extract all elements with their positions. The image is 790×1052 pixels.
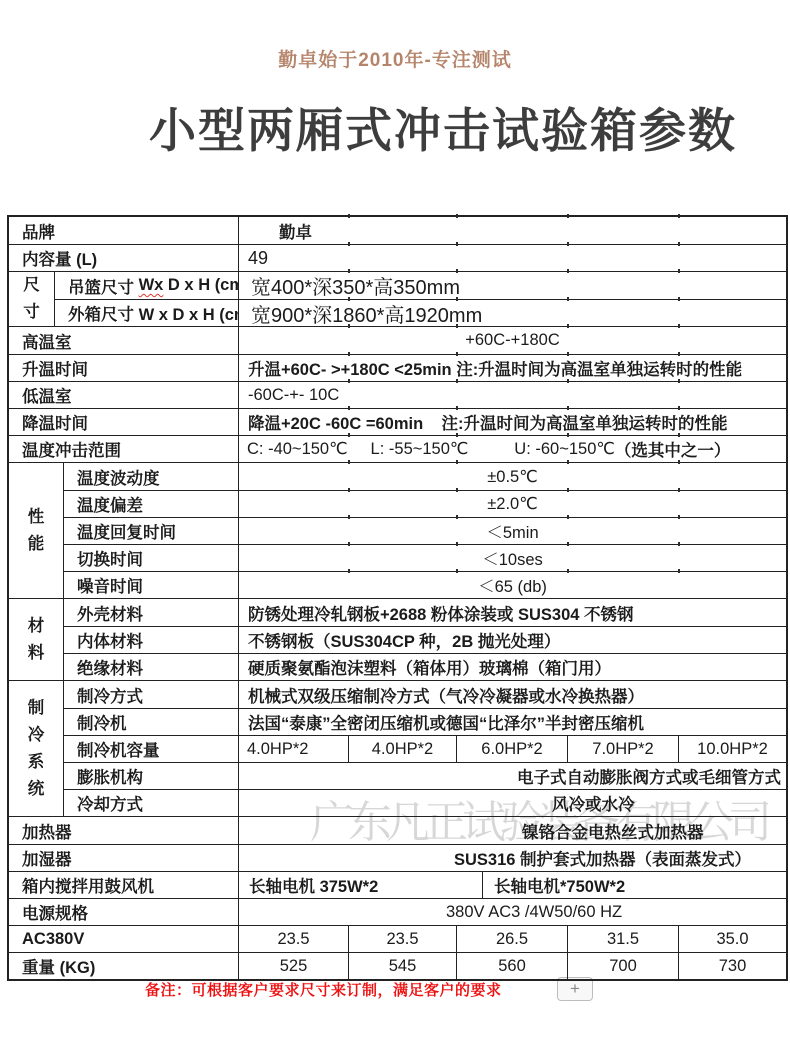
row-label: 温度波动度	[64, 463, 239, 490]
table-row: 低温室-60C-+- 10C	[9, 381, 786, 408]
row-label: 绝缘材料	[64, 654, 239, 680]
band-rows: 外壳材料防锈处理冷轧钢板+2688 粉体涂装或 SUS304 不锈钢内体材料不锈…	[64, 599, 786, 680]
table-row: 外箱尺寸 W x D x H (cm)宽900*深1860*高1920mm	[55, 299, 786, 326]
cell-value: 镍铬合金电热丝式加热器	[239, 817, 786, 844]
row-label: 升温时间	[9, 355, 239, 381]
grid-tick	[348, 269, 350, 273]
grid-tick	[456, 242, 458, 246]
table-row: 品牌勤卓	[9, 217, 786, 244]
cell-value: 730	[678, 953, 786, 979]
grid-tick	[348, 542, 350, 546]
cell-value: 10.0HP*2	[678, 736, 786, 762]
cell-value: 560	[456, 953, 567, 979]
row-label: 品牌	[9, 217, 239, 244]
cell-value: ±2.0℃	[239, 491, 786, 517]
row-label: 制冷机	[64, 709, 239, 735]
table-row: 噪音时间＜65 (db)	[64, 571, 786, 598]
cell-value: +60C-+180C	[239, 327, 786, 354]
grid-tick	[567, 297, 569, 301]
brand-slogan: 勤卓始于2010年-专注测试	[0, 45, 790, 72]
table-row: 吊篮尺寸 Wx D x H (cm)宽400*深350*高350mm	[55, 272, 786, 299]
grid-tick	[567, 214, 569, 218]
table-row: 制冷机容量4.0HP*24.0HP*26.0HP*27.0HP*210.0HP*…	[64, 735, 786, 762]
table-row: 温度冲击范围C: -40~150℃ L: -55~150℃ U: -60~150…	[9, 435, 786, 462]
cell-value: 长轴电机 375W*2	[239, 872, 482, 898]
footer-note: 备注：可根据客户要求尺寸来订制，满足客户的要求	[145, 979, 502, 1000]
table-band: 品牌勤卓内容量 (L)49	[9, 217, 786, 271]
grid-tick	[567, 542, 569, 546]
cell-value: 勤卓	[239, 217, 786, 244]
grid-tick	[348, 433, 350, 437]
row-label: 吊篮尺寸 Wx D x H (cm)	[55, 272, 239, 299]
cell-value: 防锈处理冷轧钢板+2688 粉体涂装或 SUS304 不锈钢	[239, 599, 786, 626]
row-label: 冷却方式	[64, 790, 239, 816]
cell-value: 700	[567, 953, 678, 979]
group-label-char: 冷	[28, 722, 45, 749]
table-row: 冷却方式风冷或水冷	[64, 789, 786, 816]
table-row: 加热器镍铬合金电热丝式加热器	[9, 817, 786, 844]
table-row: 高温室+60C-+180C	[9, 327, 786, 354]
table-row: 重量 (KG)525545560700730	[9, 952, 786, 979]
cell-value: 380V AC3 /4W50/60 HZ	[239, 899, 786, 925]
cell-value: 硬质聚氨酯泡沫塑料（箱体用）玻璃棉（箱门用）	[239, 654, 786, 680]
row-label: 高温室	[9, 327, 239, 354]
cell-value: -60C-+- 10C	[239, 382, 786, 408]
spec-table: 品牌勤卓内容量 (L)49尺寸吊篮尺寸 Wx D x H (cm)宽400*深3…	[7, 215, 788, 981]
row-label: 外壳材料	[64, 599, 239, 626]
band-rows: 加热器镍铬合金电热丝式加热器加湿器SUS316 制护套式加热器（表面蒸发式）箱内…	[9, 817, 786, 979]
cell-value: ＜65 (db)	[239, 572, 786, 598]
row-label: 重量 (KG)	[9, 953, 239, 979]
group-label-char: 制	[28, 695, 45, 722]
row-label: 外箱尺寸 W x D x H (cm)	[55, 300, 239, 326]
group-label-char: 系	[28, 749, 45, 776]
row-label: 降温时间	[9, 409, 239, 435]
table-row: 内容量 (L)49	[9, 244, 786, 271]
grid-tick	[348, 352, 350, 356]
cell-value: 长轴电机*750W*2	[482, 872, 786, 898]
table-band: 材料外壳材料防锈处理冷轧钢板+2688 粉体涂装或 SUS304 不锈钢内体材料…	[9, 598, 786, 680]
cell-value: 525	[239, 953, 348, 979]
grid-tick	[348, 297, 350, 301]
grid-tick	[678, 214, 680, 218]
group-label-char: 统	[28, 776, 45, 803]
row-label: 箱内搅拌用鼓风机	[9, 872, 239, 898]
row-label: 膨胀机构	[64, 763, 239, 789]
cell-value: 升温+60C- >+180C <25min 注:升温时间为高温室单独运转时的性能	[239, 355, 786, 381]
cell-value: SUS316 制护套式加热器（表面蒸发式）	[239, 845, 786, 871]
grid-tick	[678, 542, 680, 546]
page-title: 小型两厢式冲击试验箱参数	[48, 94, 790, 161]
grid-tick	[567, 433, 569, 437]
grid-tick	[456, 515, 458, 519]
grid-tick	[678, 433, 680, 437]
cell-value: 545	[348, 953, 456, 979]
grid-tick	[456, 352, 458, 356]
grid-tick	[567, 379, 569, 383]
table-row: 温度波动度±0.5℃	[64, 463, 786, 490]
grid-tick	[348, 214, 350, 218]
grid-tick	[456, 460, 458, 464]
band-rows: 品牌勤卓内容量 (L)49	[9, 217, 786, 271]
cell-value: 宽900*深1860*高1920mm	[239, 300, 786, 326]
cell-value: ±0.5℃	[239, 463, 786, 490]
grid-tick	[456, 406, 458, 410]
grid-tick	[456, 324, 458, 328]
table-row: 制冷方式机械式双级压缩制冷方式（气冷冷凝器或水冷换热器）	[64, 681, 786, 708]
cell-value: 23.5	[239, 926, 348, 952]
group-label-char: 性	[28, 504, 45, 531]
cell-value: 4.0HP*2	[348, 736, 456, 762]
table-band: 性能温度波动度±0.5℃温度偏差±2.0℃温度回复时间＜5min切换时间＜10s…	[9, 462, 786, 598]
row-label: 低温室	[9, 382, 239, 408]
grid-tick	[678, 569, 680, 573]
grid-tick	[348, 515, 350, 519]
table-row: 温度回复时间＜5min	[64, 517, 786, 544]
grid-tick	[678, 460, 680, 464]
row-group-label: 材料	[9, 599, 64, 680]
band-rows: 吊篮尺寸 Wx D x H (cm)宽400*深350*高350mm外箱尺寸 W…	[55, 272, 786, 326]
row-label: 制冷方式	[64, 681, 239, 708]
cell-value: 6.0HP*2	[456, 736, 567, 762]
grid-tick	[348, 242, 350, 246]
table-band: 制冷系统制冷方式机械式双级压缩制冷方式（气冷冷凝器或水冷换热器）制冷机法国“泰康…	[9, 680, 786, 816]
spellcheck-underline: Wx	[139, 276, 164, 295]
cell-value: 7.0HP*2	[567, 736, 678, 762]
cell-value: 23.5	[348, 926, 456, 952]
grid-tick	[456, 379, 458, 383]
group-label-char: 材	[28, 613, 45, 640]
grid-tick	[456, 488, 458, 492]
table-row: 降温时间降温+20C -60C =60min 注:升温时间为高温室单独运转时的性…	[9, 408, 786, 435]
grid-tick	[567, 242, 569, 246]
row-label: 内容量 (L)	[9, 245, 239, 271]
grid-tick	[678, 515, 680, 519]
grid-tick	[567, 406, 569, 410]
grid-tick	[678, 406, 680, 410]
table-band: 高温室+60C-+180C升温时间升温+60C- >+180C <25min 注…	[9, 326, 786, 462]
grid-tick	[678, 297, 680, 301]
grid-tick	[348, 406, 350, 410]
table-row: 电源规格380V AC3 /4W50/60 HZ	[9, 898, 786, 925]
group-label-char: 料	[28, 640, 45, 667]
row-group-label: 性能	[9, 463, 64, 598]
grid-tick	[348, 569, 350, 573]
cell-value: 风冷或水冷	[239, 790, 786, 816]
group-label-char: 能	[28, 531, 45, 558]
table-row: 膨胀机构电子式自动膨胀阀方式或毛细管方式	[64, 762, 786, 789]
grid-tick	[456, 433, 458, 437]
spec-sheet-page: 勤卓始于2010年-专注测试 小型两厢式冲击试验箱参数 广东凡正试验装备有限公司…	[0, 0, 790, 1052]
table-row: 内体材料不锈钢板（SUS304CP 种，2B 抛光处理）	[64, 626, 786, 653]
table-row: 加湿器SUS316 制护套式加热器（表面蒸发式）	[9, 844, 786, 871]
row-label: 噪音时间	[64, 572, 239, 598]
row-group-label: 尺寸	[9, 272, 55, 326]
grid-tick	[567, 324, 569, 328]
row-label: 加热器	[9, 817, 239, 844]
cell-value: 宽400*深350*高350mm	[239, 272, 786, 299]
cell-value: 49	[239, 245, 786, 271]
cell-value: 35.0	[678, 926, 786, 952]
grid-tick	[567, 269, 569, 273]
table-band: 加热器镍铬合金电热丝式加热器加湿器SUS316 制护套式加热器（表面蒸发式）箱内…	[9, 816, 786, 979]
grid-tick	[678, 324, 680, 328]
table-row: 制冷机法国“泰康”全密闭压缩机或德国“比泽尔”半封密压缩机	[64, 708, 786, 735]
grid-tick	[678, 352, 680, 356]
row-label: 温度偏差	[64, 491, 239, 517]
table-row: 箱内搅拌用鼓风机长轴电机 375W*2长轴电机*750W*2	[9, 871, 786, 898]
grid-tick	[678, 242, 680, 246]
grid-tick	[456, 569, 458, 573]
grid-tick	[348, 379, 350, 383]
group-label-char: 尺	[23, 272, 40, 299]
cell-value: 不锈钢板（SUS304CP 种，2B 抛光处理）	[239, 627, 786, 653]
row-label: 制冷机容量	[64, 736, 239, 762]
table-band: 尺寸吊篮尺寸 Wx D x H (cm)宽400*深350*高350mm外箱尺寸…	[9, 271, 786, 326]
grid-tick	[567, 515, 569, 519]
cell-value: 4.0HP*2	[239, 736, 348, 762]
band-rows: 高温室+60C-+180C升温时间升温+60C- >+180C <25min 注…	[9, 327, 786, 462]
row-label: 温度冲击范围	[9, 436, 239, 462]
table-row: 切换时间＜10ses	[64, 544, 786, 571]
grid-tick	[567, 488, 569, 492]
cell-value: 电子式自动膨胀阀方式或毛细管方式	[239, 763, 786, 789]
row-label: AC380V	[9, 926, 239, 952]
grid-tick	[456, 269, 458, 273]
grid-tick	[678, 269, 680, 273]
grid-tick	[348, 460, 350, 464]
cell-value: 31.5	[567, 926, 678, 952]
row-group-label: 制冷系统	[9, 681, 64, 816]
grid-tick	[456, 214, 458, 218]
grid-tick	[678, 379, 680, 383]
band-rows: 温度波动度±0.5℃温度偏差±2.0℃温度回复时间＜5min切换时间＜10ses…	[64, 463, 786, 598]
table-row: 绝缘材料硬质聚氨酯泡沫塑料（箱体用）玻璃棉（箱门用）	[64, 653, 786, 680]
grid-tick	[456, 542, 458, 546]
cell-value: C: -40~150℃ L: -55~150℃ U: -60~150℃（选其中之…	[239, 436, 786, 462]
cell-value: 26.5	[456, 926, 567, 952]
cell-value: 法国“泰康”全密闭压缩机或德国“比泽尔”半封密压缩机	[239, 709, 786, 735]
cell-value: 机械式双级压缩制冷方式（气冷冷凝器或水冷换热器）	[239, 681, 786, 708]
row-label: 切换时间	[64, 545, 239, 571]
row-label: 加湿器	[9, 845, 239, 871]
grid-tick	[567, 352, 569, 356]
table-row: 外壳材料防锈处理冷轧钢板+2688 粉体涂装或 SUS304 不锈钢	[64, 599, 786, 626]
table-row: 温度偏差±2.0℃	[64, 490, 786, 517]
grid-tick	[348, 324, 350, 328]
row-label: 内体材料	[64, 627, 239, 653]
grid-tick	[567, 569, 569, 573]
grid-tick	[348, 488, 350, 492]
cell-value: ＜10ses	[239, 545, 786, 571]
grid-tick	[456, 297, 458, 301]
grid-tick	[567, 460, 569, 464]
table-row: AC380V23.523.526.531.535.0	[9, 925, 786, 952]
grid-tick	[678, 488, 680, 492]
row-label: 温度回复时间	[64, 518, 239, 544]
row-label: 电源规格	[9, 899, 239, 925]
cell-value: ＜5min	[239, 518, 786, 544]
band-rows: 制冷方式机械式双级压缩制冷方式（气冷冷凝器或水冷换热器）制冷机法国“泰康”全密闭…	[64, 681, 786, 816]
group-label-char: 寸	[23, 299, 40, 326]
table-row: 升温时间升温+60C- >+180C <25min 注:升温时间为高温室单独运转…	[9, 354, 786, 381]
cell-value: 降温+20C -60C =60min 注:升温时间为高温室单独运转时的性能	[239, 409, 786, 435]
